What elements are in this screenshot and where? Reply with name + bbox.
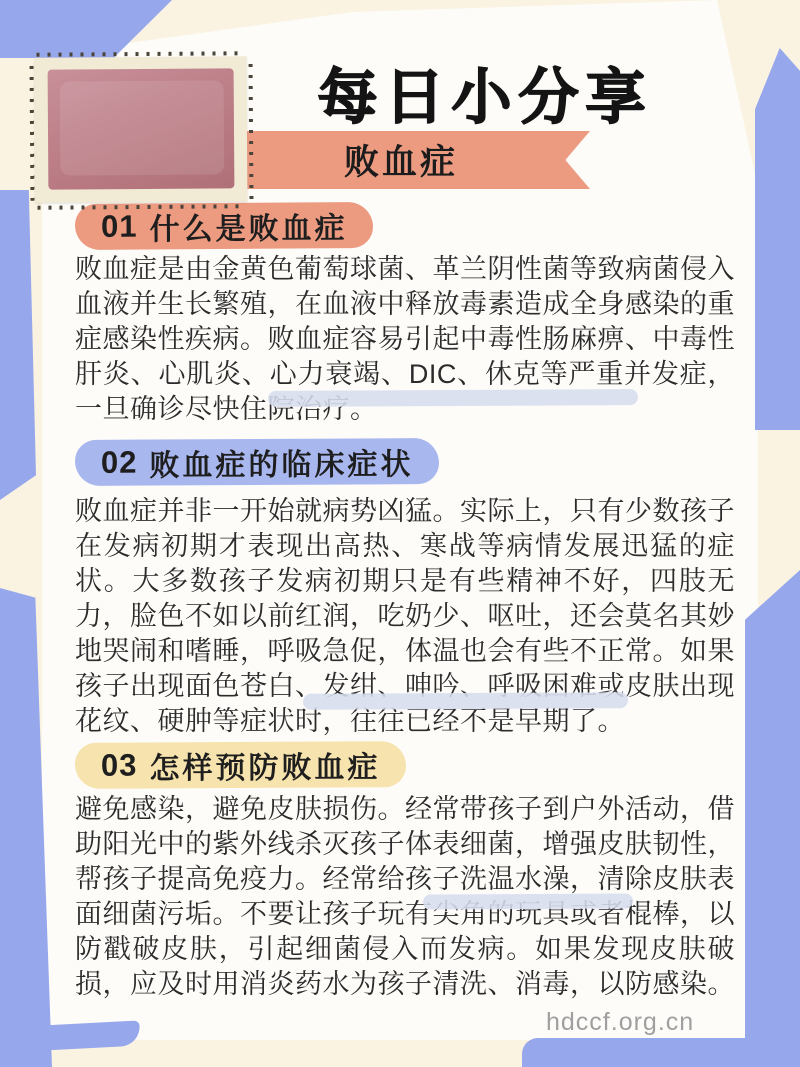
section-number: 03 bbox=[101, 748, 138, 784]
section-heading-02: 02 败血症的临床症状 bbox=[75, 438, 440, 486]
watermark: hdccf.org.cn bbox=[546, 1008, 694, 1037]
bottom-curve-shape bbox=[41, 1020, 140, 1050]
page-title: 每日小分享 bbox=[250, 50, 720, 136]
section-heading-01: 01 什么是败血症 bbox=[75, 202, 374, 250]
edge-shape-left-upper bbox=[0, 190, 36, 500]
section-heading-label: 败血症的临床症状 bbox=[149, 439, 413, 484]
stamp-perforation-left bbox=[30, 60, 35, 201]
topic-ribbon-label: 败血症 bbox=[344, 135, 458, 185]
bottom-right-shape bbox=[522, 1038, 800, 1067]
section-body-03: 避免感染，避免皮肤损伤。经常带孩子到户外活动，借助阳光中的紫外线杀灭孩子体表细菌… bbox=[75, 792, 735, 1002]
highlight-stroke-02 bbox=[303, 692, 628, 710]
poster-page: 每日小分享 败血症 01 什么是败血症 败血症是由金黄色葡萄球菌、革兰阴性菌等致… bbox=[0, 0, 800, 1067]
topic-ribbon: 败血症 bbox=[238, 131, 590, 189]
highlight-stroke-03 bbox=[423, 893, 633, 909]
section-number: 02 bbox=[101, 445, 138, 481]
section-heading-03: 03 怎样预防败血症 bbox=[75, 741, 407, 789]
highlight-stroke-01 bbox=[268, 389, 638, 407]
stamp-photo bbox=[48, 68, 235, 189]
section-heading-label: 怎样预防败血症 bbox=[149, 742, 380, 787]
section-heading-label: 什么是败血症 bbox=[149, 203, 347, 248]
edge-shape-right-lower bbox=[745, 570, 800, 1067]
stamp-decoration bbox=[34, 56, 247, 202]
edge-shape-right-upper bbox=[755, 48, 800, 430]
section-number: 01 bbox=[101, 209, 138, 245]
